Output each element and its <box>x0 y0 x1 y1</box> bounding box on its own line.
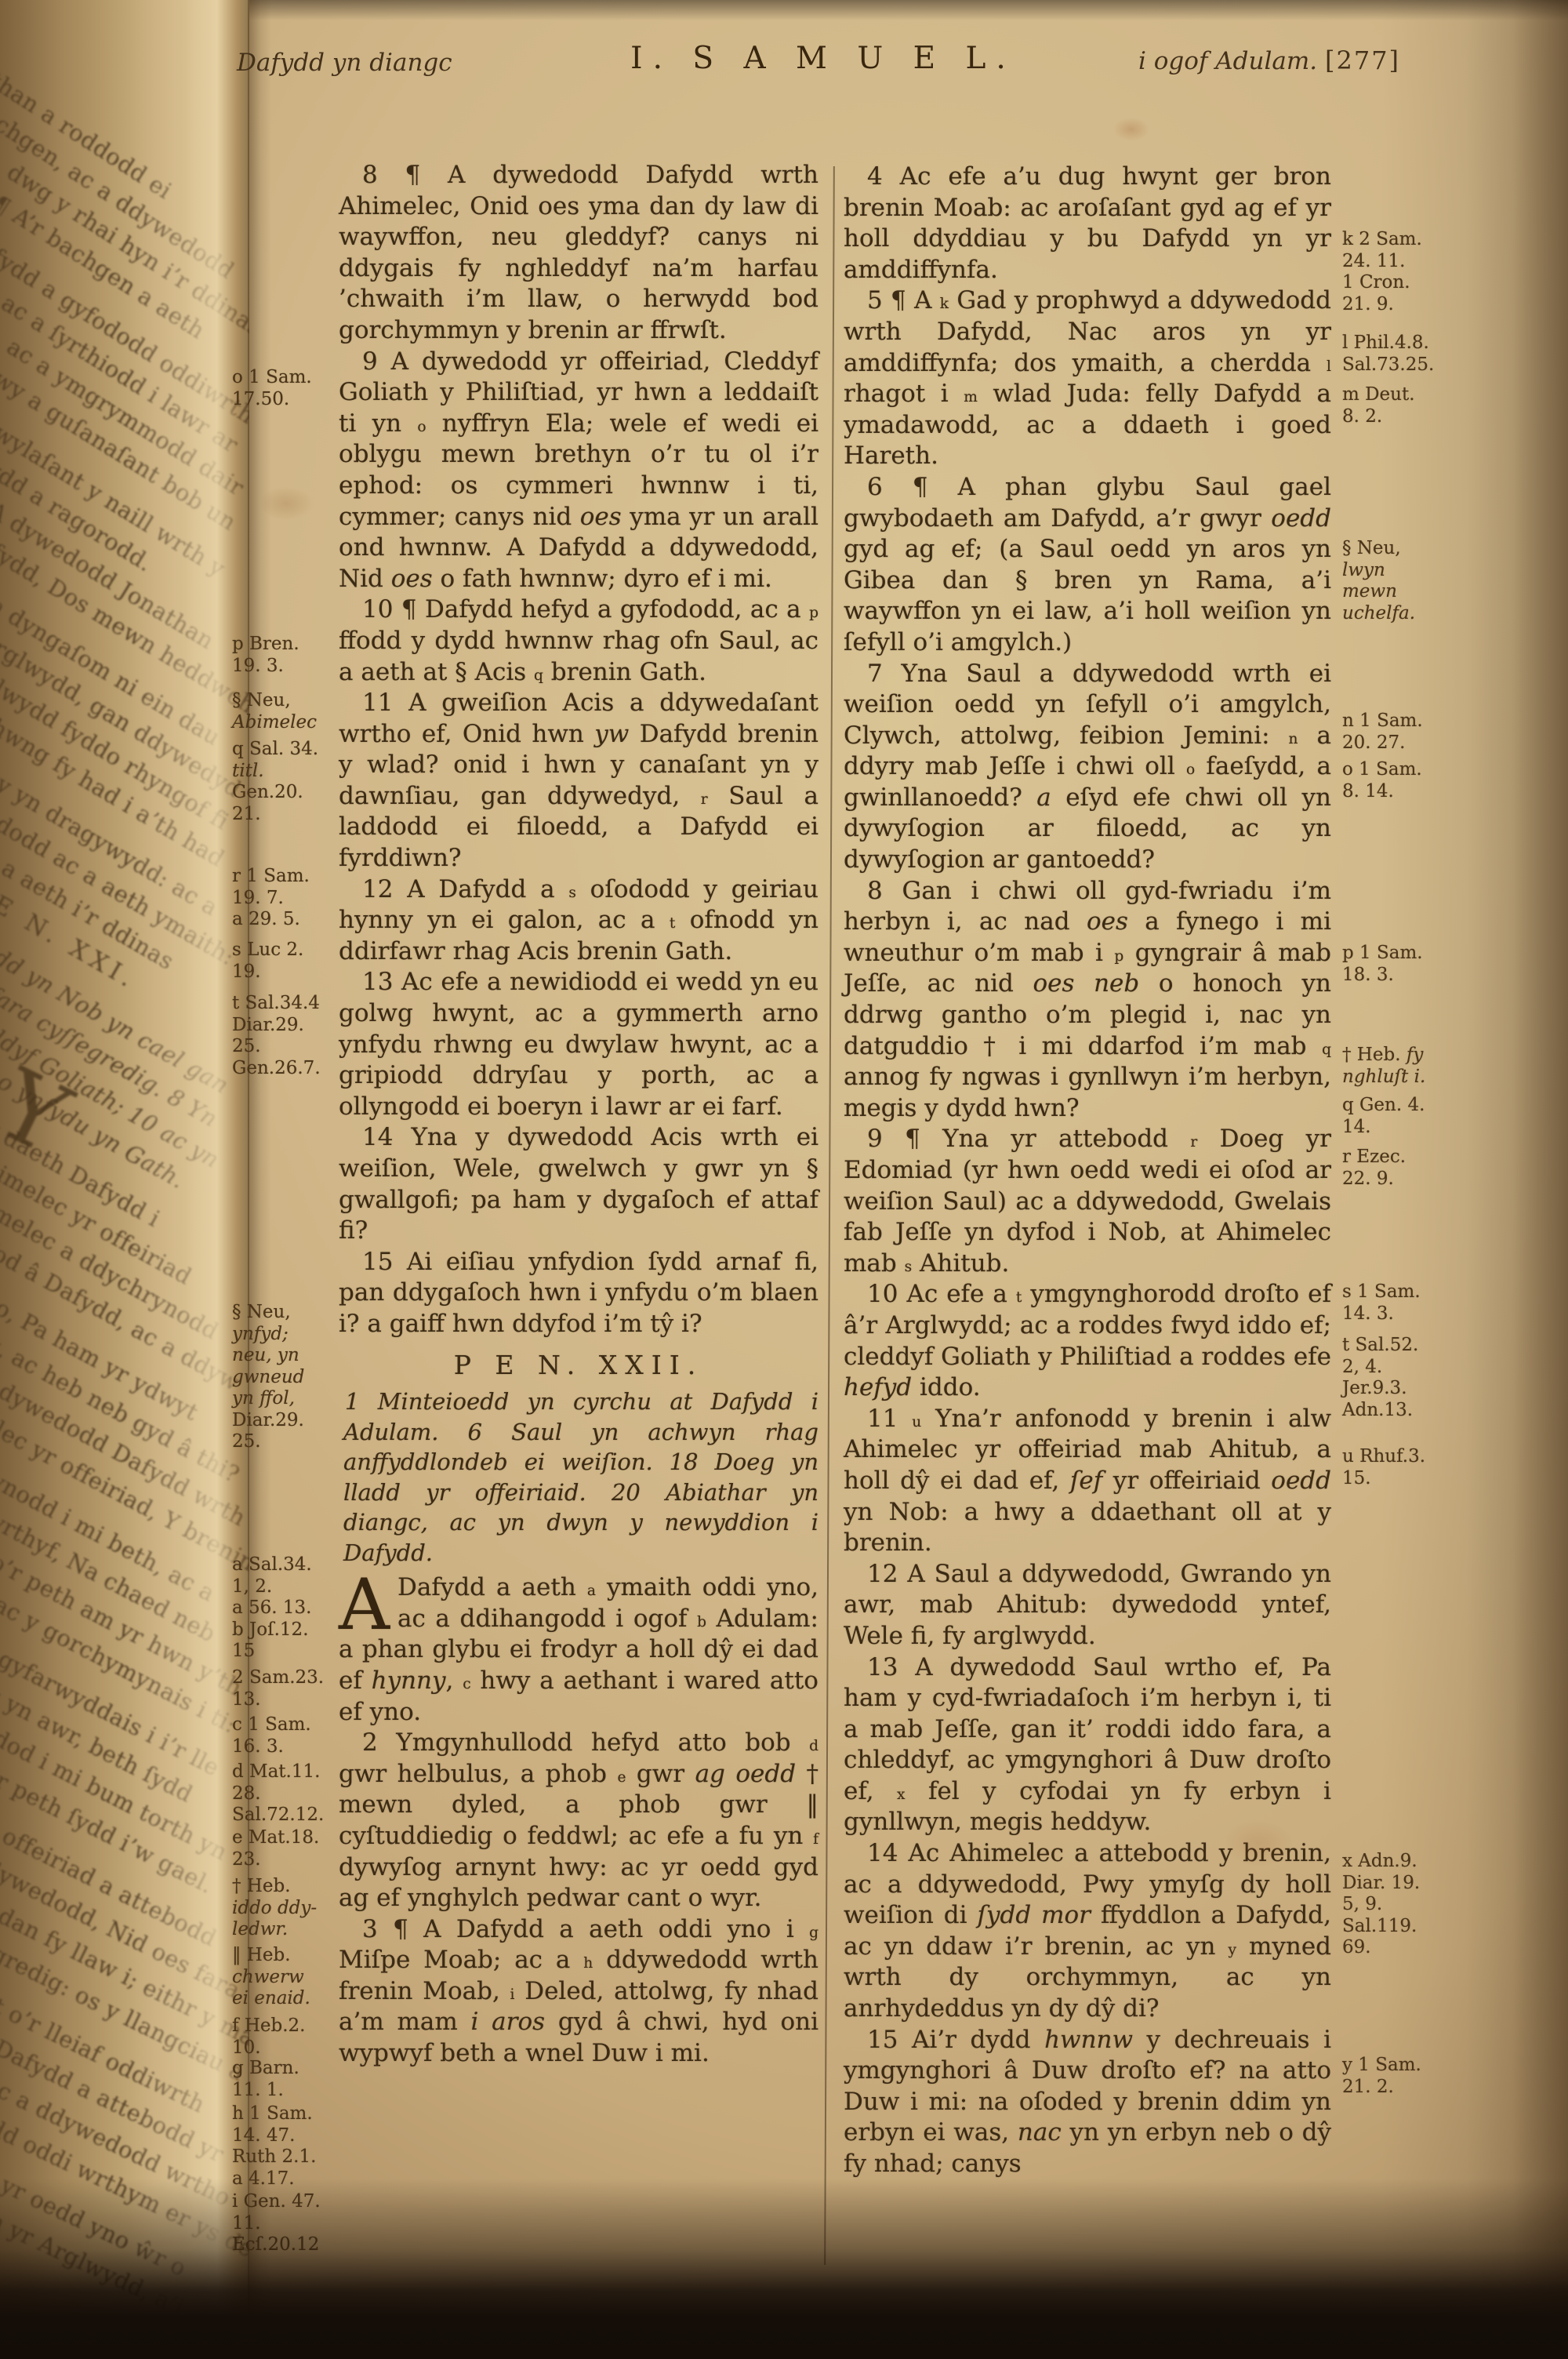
left-text-column: 8 ¶ A dywedodd Dafydd wrth Ahimelec, Oni… <box>339 160 818 2070</box>
verse-paragraph: 13 Ac efe a newidiodd ei wedd yn eu golw… <box>339 967 818 1122</box>
margin-note: u Rhuf.3.15. <box>1342 1446 1425 1489</box>
verse-paragraph: 6 ¶ A phan glybu Saul gael gwybodaeth am… <box>844 472 1331 659</box>
left-margin-notes: o 1 Sam.17.50.p Bren.19. 3.§ Neu,Abimele… <box>232 0 342 2359</box>
gutter-text-line: aſant o’r lleiaf oddiwrth <box>0 1970 209 2118</box>
margin-note: s Luc 2.19. <box>232 940 303 983</box>
verse-paragraph: 5 ¶ A k Gad y prophwyd a ddywedodd wrth … <box>844 285 1331 472</box>
margin-note: g Barn.11. 1. <box>232 2058 299 2101</box>
margin-note: r Ezec.22. 9. <box>1342 1147 1406 1190</box>
gutter-text-line: bron yr Arglwydd, a’i enw <box>0 2190 240 2346</box>
margin-note: k 2 Sam.24. 11.1 Cron.21. 9. <box>1342 229 1422 315</box>
margin-note: o 1 Sam.17.50. <box>232 367 312 410</box>
gutter-text-line: 41 ¶ A’r bachgen a aeth <box>0 170 210 344</box>
paper-stain <box>1113 118 1149 141</box>
gutter-text-line: melec yr offeiriad, Y brenin <box>0 1399 249 1576</box>
gutter-text-line: is, ac y gorchymynais i ti: <box>0 1575 241 1739</box>
column-divider-rule <box>824 166 835 2265</box>
verse-paragraph: ADafydd a aeth a ymaith oddi yno, ac a d… <box>339 1572 818 1728</box>
chapter-argument: 1 Minteioedd yn cyrchu at Dafydd i Adula… <box>343 1387 818 1568</box>
margin-note: § Neu,lwynmewnuchelfa. <box>1342 538 1415 624</box>
gutter-text-line: 3 Ac yn awr, beth ſydd <box>0 1663 198 1808</box>
verse-paragraph: 15 Ai eiſiau ynfydion ſydd arnaf fi, pan… <box>339 1247 818 1340</box>
gutter-text-line: Dos, dwg y rhai hyn i’r ddinas <box>0 126 249 342</box>
verse-paragraph: 14 Ac Ahimelec a attebodd y brenin, ac a… <box>844 1838 1331 2025</box>
margin-note: i Gen. 47.11.Ecſ.20.12 <box>232 2191 321 2256</box>
verse-paragraph: 10 Ac efe a t ymgynghorodd droſto ef â’r… <box>844 1279 1331 1403</box>
margin-note: y 1 Sam.21. 2. <box>1342 2055 1421 2098</box>
verse-paragraph: 7 Yna Saul a ddywedodd wrth ei weiſion o… <box>844 659 1331 876</box>
gutter-text-line: im o’r peth am yr hwn y’th <box>0 1531 247 1701</box>
gutter-text-line: Ahimelec a ddychrynodd <box>0 1179 223 1345</box>
margin-note: l Phil.4.8.Sal.73.25. <box>1342 333 1434 376</box>
gutter-text-line: on a gyfarwyddais i i’r lle <box>0 1619 224 1781</box>
margin-note: t Sal.52.2, 4.Jer.9.3.Adn.13. <box>1342 1335 1418 1421</box>
gutter-text-line: ſſegredig: os y llangciau a <box>0 1926 249 2087</box>
gutter-text-line: unig, ac heb neb gyd â thi? <box>0 1311 244 1488</box>
verse-paragraph: 2 Ymgynhullodd hefyd atto bob d gwr helb… <box>339 1728 818 1914</box>
margin-note: r 1 Sam.19. 7.a 29. 5. <box>232 866 310 931</box>
gutter-text-line: NA y daeth Dafydd i <box>0 1092 165 1232</box>
adjacent-page-gutter: Jonathan a roddodd eiei fachgen, ac a dd… <box>0 0 249 2359</box>
gutter-text-line: ei fachgen, ac a ddywedodd <box>0 82 239 285</box>
gutter-text-line: 42 A dywedodd Jonathan <box>0 477 219 654</box>
verse-paragraph: 15 Ai’r dydd hwnnw y dechreuais i ymgyng… <box>844 2025 1331 2180</box>
gutter-text-line: a Dafydd a gyfododd oddiwrth <box>0 214 249 430</box>
verse-paragraph: 4 Ac efe a’u dug hwynt ger bron brenin M… <box>844 162 1331 285</box>
margin-note: t Sal.34.4Diar.29.25.Gen.26.7. <box>232 993 321 1079</box>
margin-note: † Heb.iddo ddy-ledwr. <box>232 1876 317 1941</box>
gutter-text-line: yr Arglwydd, gan ddywedyd <box>0 609 246 802</box>
margin-note: c 1 Sam.16. 3. <box>232 1714 311 1757</box>
gutter-text-line: 7 Ac yr oedd yno ŵr o <box>0 2146 191 2282</box>
gutter-text-line: hau, ac a ſyrthiodd i lawr ar <box>0 258 243 458</box>
gutter-text-line: Dafydd, Dos mewn heddwch <box>0 521 249 718</box>
gutter-text-line: neb, ac a ymgrymmodd dair <box>0 302 249 501</box>
gutter-text-line: Dafydd yn Nob yn cael gan <box>0 916 234 1099</box>
margin-note: n 1 Sam.20. 27. <box>1342 711 1423 754</box>
gutter-text-line: 2 A dywedodd Dafydd wrth <box>0 1355 249 1532</box>
gutter-text-line: a ddywedodd, Nid oes fara <box>0 1838 245 2004</box>
gutter-text-line: w? dod i mi bum torth yn <box>0 1707 232 1866</box>
margin-note: e Mat.18.23. <box>232 1827 319 1870</box>
gutter-text-line: arno ynfydu yn Gath. <box>0 1048 190 1194</box>
margin-note: f Heb.2.10. <box>232 2016 305 2059</box>
verse-paragraph: 12 A Saul a ddywedodd, Gwrando yn awr, m… <box>844 1559 1331 1652</box>
margin-note: m Deut.8. 2. <box>1342 384 1415 427</box>
gutter-text-line: han a aeth i’r ddinas <box>0 828 179 975</box>
gutter-text-line: wrtho, Pa ham yr ydwyt <box>0 1267 203 1426</box>
gutter-text-line: dd wrthyf, Na chaed neb <box>0 1487 220 1647</box>
margin-note: d Mat.11.28.Sal.72.12. <box>232 1761 324 1826</box>
margin-note: a Sal.34.1, 2.a 56. 13.b Joſ.12.15 <box>232 1554 312 1663</box>
gutter-text-line: hyn a dyngaſom ni ein dau <box>0 565 225 751</box>
gutter-drop-cap: Y <box>0 1063 78 1161</box>
margin-note: § Neu,ynfyd;neu, yngwneudyn ffol,Diar.29… <box>232 1302 304 1453</box>
gutter-text-line: d, ac a ddywedodd wrtho <box>0 2058 235 2212</box>
gutter-text-line: Dafydd a ragorodd. <box>0 434 158 577</box>
running-head-right-text: i ogof Adulam. <box>1138 47 1317 75</box>
margin-note: x Adn.9.Diar. 19.5, 9.Sal.119.69. <box>1342 1851 1420 1959</box>
verse-paragraph: 10 ¶ Dafydd hefyd a gyfododd, ac a p ffo… <box>339 594 818 688</box>
gutter-text-line: Jonathan a roddodd ei <box>0 38 176 205</box>
right-margin-notes: k 2 Sam.24. 11.1 Cron.21. 9.l Phil.4.8.S… <box>1342 0 1548 2359</box>
margin-note: o 1 Sam.8. 14. <box>1342 759 1422 802</box>
gutter-text-line: P E N. XXI. <box>0 872 143 995</box>
verse-paragraph: 8 Gan i chwi oll gyd-fwriadu i’m herbyn … <box>844 876 1331 1125</box>
verse-paragraph: 11 A gweiſion Acis a ddywedaſant wrtho e… <box>339 688 818 874</box>
margin-note: q Sal. 34.titl.Gen.20.21. <box>232 739 318 825</box>
verse-paragraph: 11 u Yna’r anfonodd y brenin i alw Ahime… <box>844 1404 1331 1559</box>
gutter-text-line: lec fara cyſſegredig. 8 Yn <box>0 960 223 1132</box>
margin-note: † Heb. fynghluſt i. <box>1342 1045 1425 1088</box>
margin-note: p 1 Sam.18. 3. <box>1342 943 1423 986</box>
verse-paragraph: 9 A dywedodd yr offeiriad, Cleddyf Golia… <box>339 347 818 595</box>
verse-paragraph: 8 ¶ A dywedodd Dafydd wrth Ahimelec, Oni… <box>339 160 818 347</box>
verse-paragraph: 9 ¶ Yna yr attebodd r Doeg yr Edomiad (y… <box>844 1124 1331 1279</box>
margin-note: s 1 Sam.14. 3. <box>1342 1281 1421 1325</box>
gutter-text-line: a rhwng fy had i a’th had <box>0 696 229 872</box>
margin-note: ‖ Heb.chwerwei enaid. <box>232 1945 310 2010</box>
verse-paragraph: 3 ¶ A Dafydd a aeth oddi yno i g Miſpe M… <box>339 1914 818 2070</box>
gutter-text-line: gedd oddi wrthym er ys deu <box>0 2102 249 2270</box>
book-page-photo: Jonathan a roddodd eiei fachgen, ac a dd… <box>0 0 1568 2359</box>
chapter-heading: P E N. XXII. <box>339 1350 818 1381</box>
right-text-column: 4 Ac efe a’u dug hwynt ger bron brenin M… <box>844 162 1331 2180</box>
gutter-text-line: ac a wylaſant y naill wrth y <box>0 390 230 582</box>
margin-note: q Gen. 4.14. <box>1342 1095 1425 1138</box>
gutter-text-line: Arglwydd fyddo rhyngof fi <box>0 652 234 834</box>
book-title: I. S A M U E L. <box>549 41 1098 76</box>
drop-cap: A <box>339 1572 397 1634</box>
margin-note: h 1 Sam.14. 47.Ruth 2.1.a 4.17. <box>232 2103 316 2190</box>
gutter-text-line: hymynodd i mi beth, ac a <box>0 1443 220 1607</box>
verse-paragraph: 13 A dywedodd Saul wrtho ef, Pa ham y cy… <box>844 1652 1331 1839</box>
gutter-text-line: arfod â Dafydd, ac a ddyw <box>0 1223 244 1396</box>
margin-note: 2 Sam.23.13. <box>232 1667 324 1710</box>
gutter-text-line: hynny yn dragywydd: ac a <box>0 740 223 921</box>
gutter-text-line: din dan fy llaw i; eithr y mae <box>0 1882 249 2058</box>
gutter-text-line: § Ahimelec yr offeiriad <box>0 1136 197 1290</box>
verse-paragraph: 12 A Dafydd a s oſododd y geiriau hynny … <box>339 874 818 968</box>
gutter-text-line: cleddyf Goliath; 10 ac yn <box>0 1004 224 1173</box>
gutter-text-line: a hwy a guſanaſant bob un <box>0 346 241 536</box>
verse-paragraph: 14 Yna y dywedodd Acis wrth ei weiſion, … <box>339 1122 818 1246</box>
gutter-text-line: eu’r peth ſydd i’w gael. <box>0 1750 218 1899</box>
gutter-text-line: gyfododd ac a aeth ymaith: <box>0 784 240 970</box>
margin-note: § Neu,Abimelec <box>232 690 317 733</box>
gutter-text-line: 5 A Dafydd a attebodd yr <box>0 2014 228 2168</box>
gutter-text-line: 4 A’r offeiriad a attebodd <box>0 1794 221 1952</box>
margin-note: p Bren.19. 3. <box>232 634 299 677</box>
